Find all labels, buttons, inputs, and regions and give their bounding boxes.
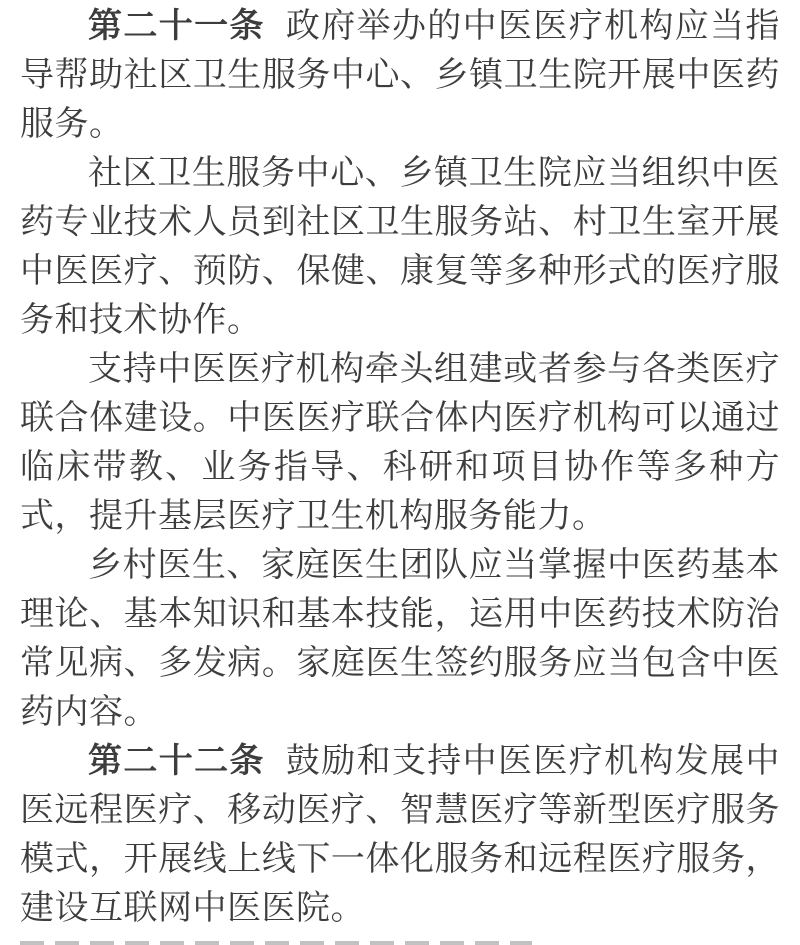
paragraph-text: 乡村医生、家庭医生团队应当掌握中医药基本理论、基本知识和基本技能，运用中医药技术… [20,546,780,731]
clipped-next-line [20,941,532,945]
law-paragraph: 第二十二条鼓励和支持中医医疗机构发展中医远程医疗、移动医疗、智慧医疗等新型医疗服… [20,737,780,933]
paragraph-text: 支持中医医疗机构牵头组建或者参与各类医疗联合体建设。中医医疗联合体内医疗机构可以… [20,350,780,535]
law-paragraph: 第二十一条政府举办的中医医疗机构应当指导帮助社区卫生服务中心、乡镇卫生院开展中医… [20,2,780,149]
paragraph-text: 社区卫生服务中心、乡镇卫生院应当组织中医药专业技术人员到社区卫生服务站、村卫生室… [20,154,780,339]
law-paragraph: 支持中医医疗机构牵头组建或者参与各类医疗联合体建设。中医医疗联合体内医疗机构可以… [20,345,780,541]
law-paragraph: 乡村医生、家庭医生团队应当掌握中医药基本理论、基本知识和基本技能，运用中医药技术… [20,541,780,737]
article-number: 第二十二条 [88,742,265,780]
document-page: 第二十一条政府举办的中医医疗机构应当指导帮助社区卫生服务中心、乡镇卫生院开展中医… [0,0,800,945]
article-number: 第二十一条 [88,7,265,45]
law-paragraph: 社区卫生服务中心、乡镇卫生院应当组织中医药专业技术人员到社区卫生服务站、村卫生室… [20,149,780,345]
